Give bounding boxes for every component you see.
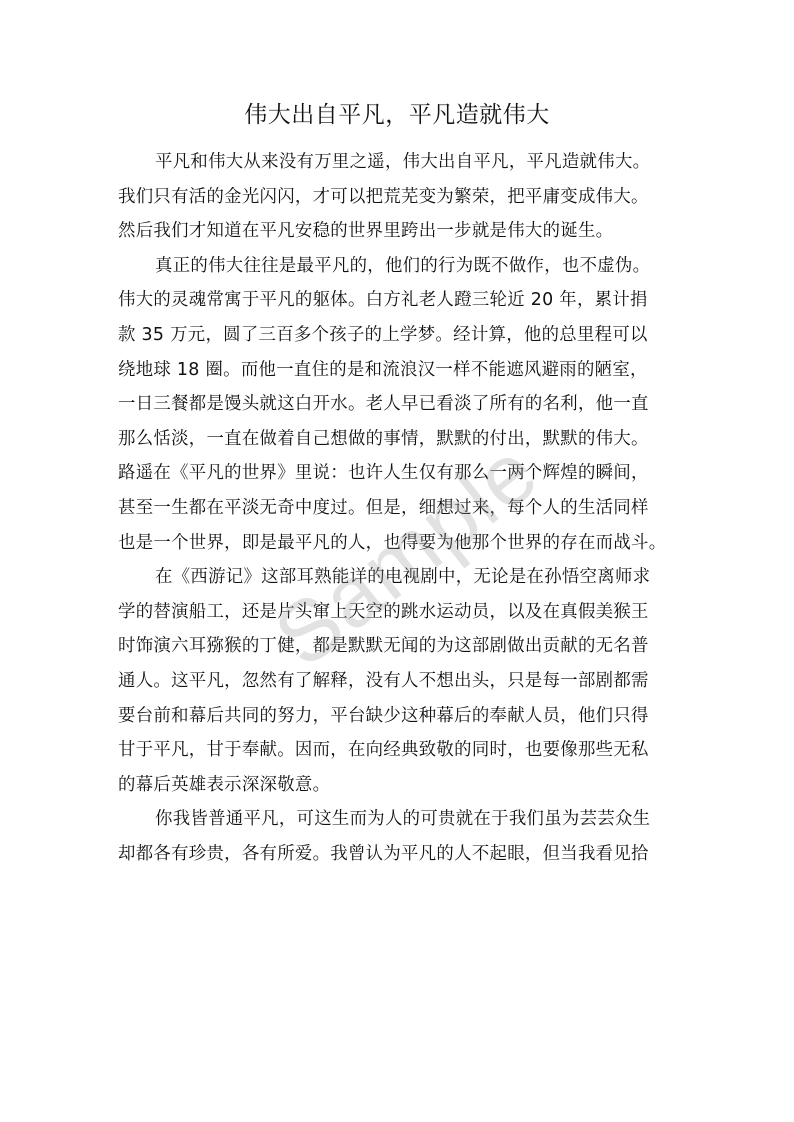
- paragraph-3: 在《西游记》这部耳熟能详的电视剧中，无论是在孙悟空离师求 学的替演船工，还是片头…: [118, 560, 680, 802]
- text-line: 绕地球 18 圈。而他一直住的是和流浪汉一样不能遮风避雨的陋室，: [118, 353, 680, 388]
- document-page: 伟大出自平凡，平凡造就伟大 平凡和伟大从来没有万里之遥，伟大出自平凡，平凡造就伟…: [0, 0, 794, 1122]
- text-line: 然后我们才知道在平凡安稳的世界里跨出一步就是伟大的诞生。: [118, 214, 680, 249]
- text-line: 要台前和幕后共同的努力，平台缺少这种幕后的奉献人员，他们只得: [118, 699, 680, 734]
- text-line: 却都各有珍贵，各有所爱。我曾认为平凡的人不起眼，但当我看见拾: [118, 837, 680, 872]
- paragraph-2: 真正的伟大往往是最平凡的，他们的行为既不做作，也不虚伪。 伟大的灵魂常寓于平凡的…: [118, 249, 680, 560]
- text-line: 的幕后英雄表示深深敬意。: [118, 768, 680, 803]
- document-body: 平凡和伟大从来没有万里之遥，伟大出自平凡，平凡造就伟大。 我们只有活的金光闪闪，…: [118, 145, 680, 871]
- text-line: 平凡和伟大从来没有万里之遥，伟大出自平凡，平凡造就伟大。: [118, 145, 680, 180]
- text-line: 在《西游记》这部耳熟能详的电视剧中，无论是在孙悟空离师求: [118, 560, 680, 595]
- text-line: 甚至一生都在平淡无奇中度过。但是，细想过来，每个人的生活同样: [118, 491, 680, 526]
- document-title: 伟大出自平凡，平凡造就伟大: [0, 99, 794, 131]
- text-line: 真正的伟大往往是最平凡的，他们的行为既不做作，也不虚伪。: [118, 249, 680, 284]
- text-line: 那么恬淡，一直在做着自己想做的事情，默默的付出，默默的伟大。: [118, 422, 680, 457]
- text-line: 你我皆普通平凡，可这生而为人的可贵就在于我们虽为芸芸众生: [118, 802, 680, 837]
- text-line: 甘于平凡，甘于奉献。因而，在向经典致敬的同时，也要像那些无私: [118, 733, 680, 768]
- text-line: 我们只有活的金光闪闪，才可以把荒芜变为繁荣，把平庸变成伟大。: [118, 180, 680, 215]
- text-line: 一日三餐都是馒头就这白开水。老人早已看淡了所有的名利，他一直: [118, 387, 680, 422]
- paragraph-1: 平凡和伟大从来没有万里之遥，伟大出自平凡，平凡造就伟大。 我们只有活的金光闪闪，…: [118, 145, 680, 249]
- text-line: 也是一个世界，即是最平凡的人，也得要为他那个世界的存在而战斗。: [118, 526, 680, 561]
- text-line: 路遥在《平凡的世界》里说：也许人生仅有那么一两个辉煌的瞬间，: [118, 456, 680, 491]
- text-line: 通人。这平凡，忽然有了解释，没有人不想出头，只是每一部剧都需: [118, 664, 680, 699]
- paragraph-4: 你我皆普通平凡，可这生而为人的可贵就在于我们虽为芸芸众生 却都各有珍贵，各有所爱…: [118, 802, 680, 871]
- text-line: 学的替演船工，还是片头窜上天空的跳水运动员，以及在真假美猴王: [118, 595, 680, 630]
- text-line: 款 35 万元，圆了三百多个孩子的上学梦。经计算，他的总里程可以: [118, 318, 680, 353]
- text-line: 伟大的灵魂常寓于平凡的躯体。白方礼老人蹬三轮近 20 年，累计捐: [118, 283, 680, 318]
- text-line: 时饰演六耳猕猴的丁健，都是默默无闻的为这部剧做出贡献的无名普: [118, 629, 680, 664]
